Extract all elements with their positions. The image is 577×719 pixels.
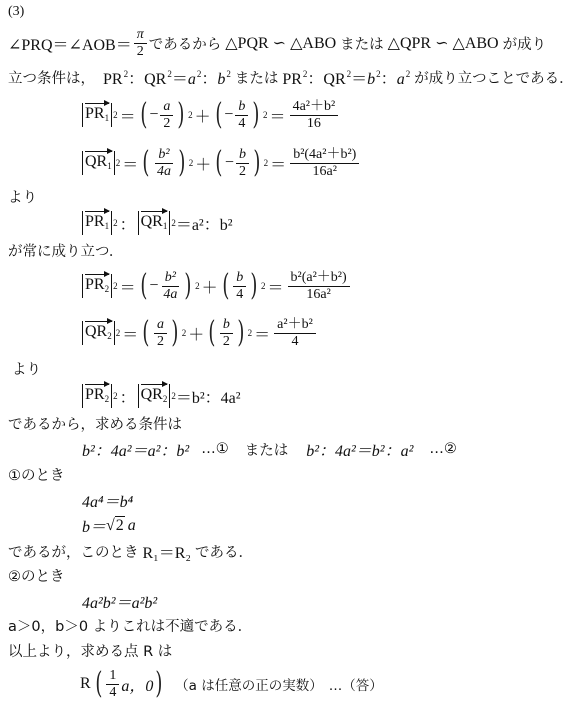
case-2-label: ②のとき [8, 565, 65, 586]
pi-over-2: π 2 [134, 27, 147, 60]
equation-pr2: PR22 ＝(−b²4a)2 ＋(b4)2 ＝b²(a²＋b²)16a² [82, 265, 352, 307]
ratio-2: PR22 ： QR22 ＝b²：4a² [82, 383, 241, 409]
case-2-eq-1: 4a²b²＝a²b² [82, 590, 157, 613]
parameter-note: （a は任意の正の実数） [175, 674, 323, 694]
vector-pr1: PR1 [82, 103, 112, 127]
answer-mark: …（答） [329, 674, 383, 694]
yori-2: より [12, 358, 41, 379]
conditions-line: b²：4a²＝a²：b² …① または b²：4a²＝b²：a² …② [82, 437, 457, 461]
condition-intro: であるから，求める条件は [8, 413, 182, 434]
equation-qr2: QR22 ＝(a2)2 ＋(b2)2 ＝a²＋b²4 [82, 313, 318, 353]
mark-2: …② [429, 441, 457, 457]
condition-2: PR2：QR2＝b2：a2 [282, 66, 410, 89]
ratio-1: PR12 ： QR12 ＝a²：b² [82, 210, 233, 236]
case-1-eq-1: 4a⁴＝b⁴ [82, 489, 133, 512]
equation-pr1: PR12 ＝(−a2)2 ＋(−b4)2 ＝4a²＋b²16 [82, 95, 340, 135]
case-1-label: ①のとき [8, 464, 65, 485]
always-holds: が常に成り立つ． [8, 240, 123, 261]
vector-pr2: PR2 [82, 274, 112, 298]
conclusion-intro: 以上より，求める点 R は [8, 640, 172, 661]
case-1-note: であるが，このとき R₁＝R₂ である． [8, 540, 253, 563]
intro-line-2: 立つ条件は， PR2：QR2＝a2：b2 または PR2：QR2＝b2：a2 が… [8, 66, 574, 88]
similar-triangles-1: △PQR ∽ △ABO [225, 33, 336, 53]
case-2-note: a＞0，b＞0 よりこれは不適である． [8, 615, 252, 636]
one-quarter: 1 4 [106, 668, 119, 701]
equation-qr1: QR12 ＝(b²4a)2 ＋(−b2)2 ＝b²(4a²＋b²)16a² [82, 142, 361, 184]
sqrt-icon: √ [106, 517, 115, 535]
answer-line: R ( 1 4 a，0 ) （a は任意の正の実数） …（答） [80, 664, 383, 704]
condition-eq-2: b²：4a²＝b²：a² [306, 438, 413, 461]
section-number: (3) [8, 4, 24, 20]
case-1-eq-2: b＝ √2 a [82, 514, 136, 537]
angle-equation: ∠PRQ＝∠AOB＝ [8, 32, 132, 55]
intro-line-1: ∠PRQ＝∠AOB＝ π 2 であるから △PQR ∽ △ABO または △QP… [8, 26, 546, 60]
mark-1: …① [201, 441, 229, 457]
similar-triangles-2: △QPR ∽ △ABO [388, 33, 499, 53]
yori-1: より [8, 186, 37, 207]
condition-eq-1: b²：4a²＝a²：b² [82, 438, 189, 461]
vector-qr2: QR2 [82, 321, 115, 345]
condition-1: PR2：QR2＝a2：b2 [103, 66, 231, 89]
vector-qr1: QR1 [82, 151, 115, 175]
